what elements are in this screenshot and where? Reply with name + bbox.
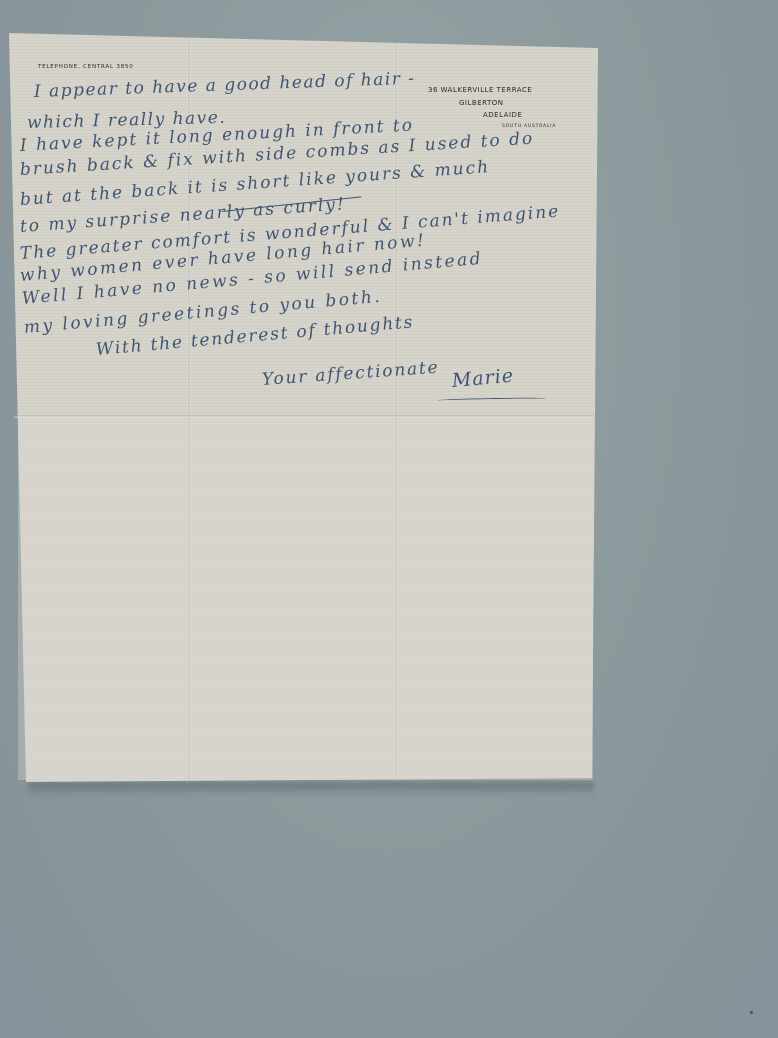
scanned-letter: Telephone, Central 3850 36 Walkerville T… <box>0 0 778 1038</box>
letterhead-telephone: Telephone, Central 3850 <box>38 64 134 70</box>
letterhead-address-suburb: Gilberton <box>459 99 504 107</box>
background-speck <box>750 1011 753 1014</box>
paper-shadow <box>28 782 594 796</box>
horizontal-fold <box>14 415 594 418</box>
lower-half-of-sheet <box>18 418 593 780</box>
letterhead-address-city: Adelaide <box>483 111 522 119</box>
letterhead-address-street: 36 Walkerville Terrace <box>428 86 532 94</box>
